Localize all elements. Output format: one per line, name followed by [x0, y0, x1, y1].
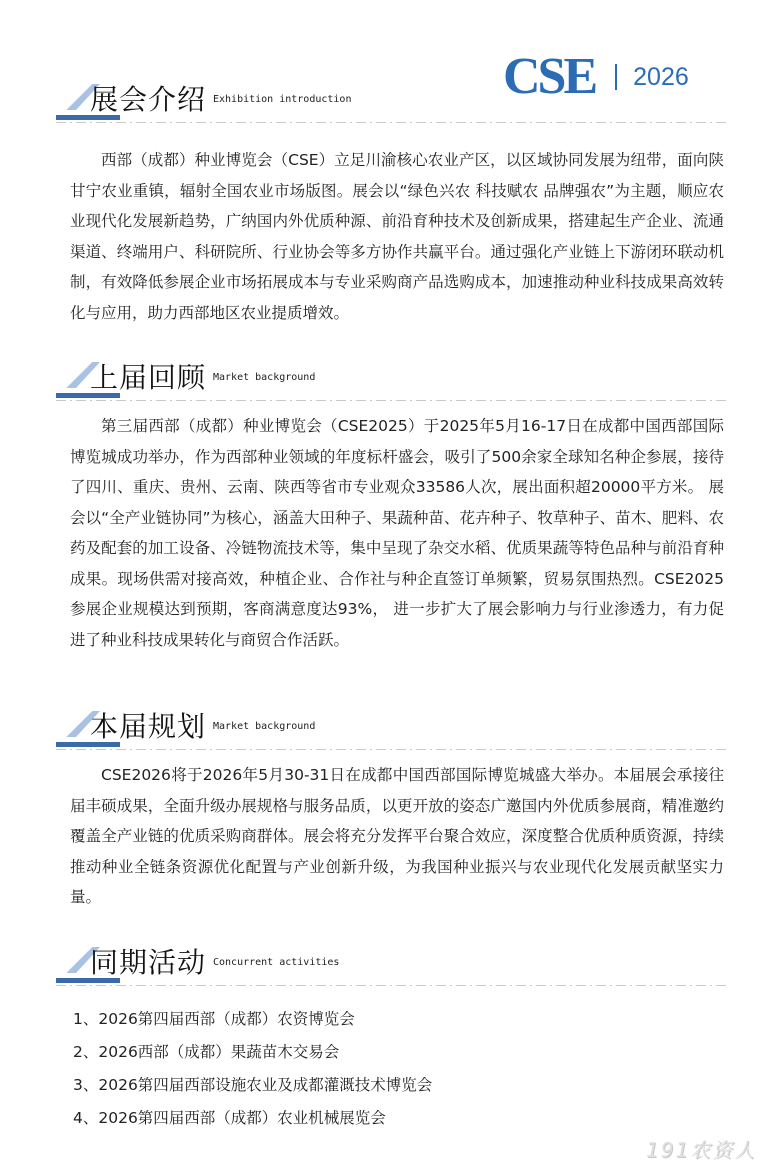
section-subtitle: Market background [213, 721, 315, 732]
watermark: 191农资人 [646, 1134, 756, 1163]
section-subtitle: Exhibition introduction [213, 94, 351, 105]
list-item: 4、2026第四届西部（成都）农业机械展览会 [73, 1102, 432, 1135]
dashed-divider [56, 122, 726, 123]
section-subtitle: Market background [213, 372, 315, 383]
exhibition-intro-text: 西部（成都）种业博览会（CSE）立足川渝核心农业产区，以区域协同发展为纽带，面向… [70, 145, 724, 328]
section-header-previous-review: 上届回顾 Market background [56, 360, 726, 406]
dashed-divider [56, 749, 726, 750]
section-subtitle: Concurrent activities [213, 957, 339, 968]
section-header-current-plan: 本届规划 Market background [56, 709, 726, 755]
concurrent-activities-list: 1、2026第四届西部（成都）农资博览会 2、2026西部（成都）果蔬苗木交易会… [73, 1003, 432, 1135]
list-item: 3、2026第四届西部设施农业及成都灌溉技术博览会 [73, 1069, 432, 1102]
section-header-exhibition-intro: 展会介绍 Exhibition introduction [56, 82, 726, 128]
list-item: 2、2026西部（成都）果蔬苗木交易会 [73, 1036, 432, 1069]
list-item: 1、2026第四届西部（成都）农资博览会 [73, 1003, 432, 1036]
section-title: 展会介绍 [90, 78, 206, 118]
dashed-divider [56, 400, 726, 401]
section-title: 同期活动 [90, 941, 206, 981]
section-title: 本届规划 [90, 705, 206, 745]
section-title: 上届回顾 [90, 356, 206, 396]
section-header-concurrent-activities: 同期活动 Concurrent activities [56, 945, 726, 991]
previous-review-text: 第三届西部（成都）种业博览会（CSE2025）于2025年5月16-17日在成都… [70, 411, 724, 655]
current-plan-text: CSE2026将于2026年5月30-31日在成都中国西部国际博览城盛大举办。本… [70, 760, 724, 913]
dashed-divider [56, 985, 726, 986]
